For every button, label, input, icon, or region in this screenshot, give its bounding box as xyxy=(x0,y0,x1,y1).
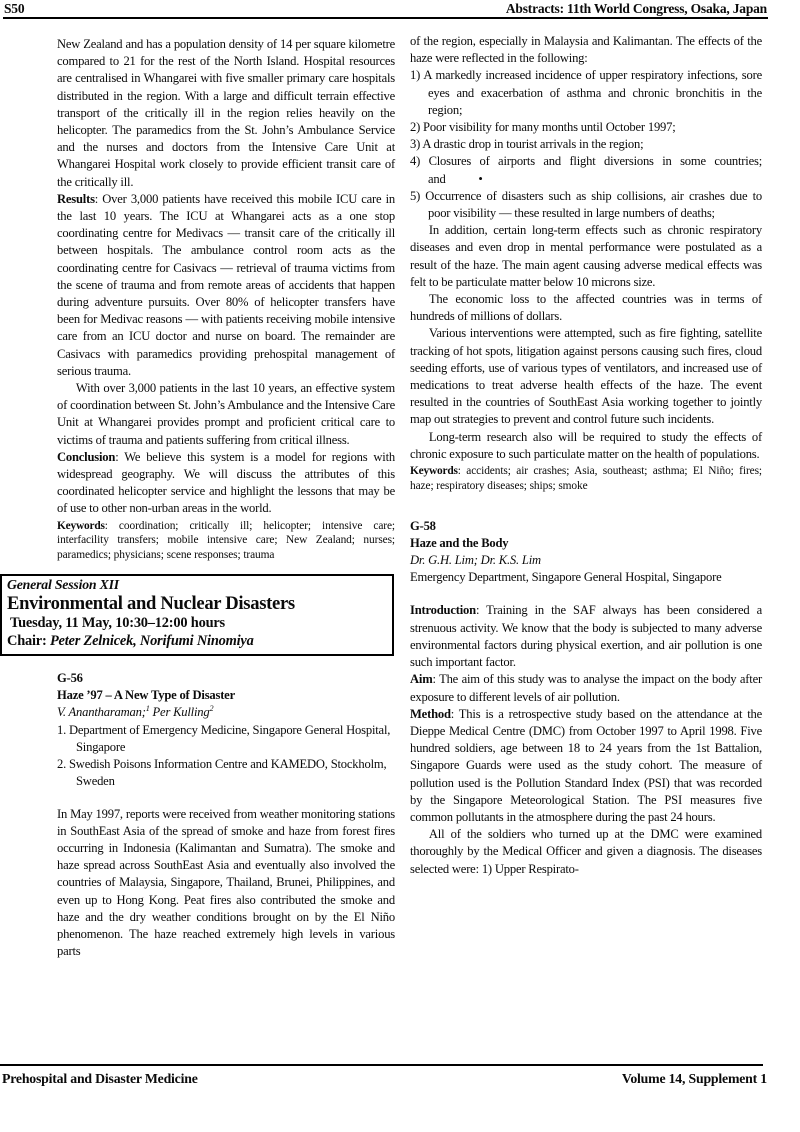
session-chairs: Chair: Peter Zelnicek, Norifumi Ninomiya xyxy=(7,632,387,650)
introduction-label: Introduction xyxy=(410,603,476,617)
abstract-id: G-56 xyxy=(57,670,395,687)
haze-effect-item-2: 2) Poor visibility for many months until… xyxy=(410,119,762,136)
affiliation-2: 2. Swedish Poisons Information Centre an… xyxy=(57,756,395,790)
g58-body: Introduction: Training in the SAF always… xyxy=(410,602,762,877)
g55-summary-paragraph: With over 3,000 patients in the last 10 … xyxy=(57,380,395,449)
author-superscript-2: 2 xyxy=(209,704,213,713)
g55-results-paragraph: Results: Over 3,000 patients have receiv… xyxy=(57,191,395,380)
session-time: Tuesday, 11 May, 10:30–12:00 hours xyxy=(7,614,387,632)
aim-label: Aim xyxy=(410,672,433,686)
page-number: S50 xyxy=(4,1,24,16)
abstract-g58-heading: G-58 Haze and the Body Dr. G.H. Lim; Dr.… xyxy=(410,518,762,587)
print-artifact-dot: • xyxy=(478,172,482,186)
g55-keywords: Keywords: coordination; critically ill; … xyxy=(57,519,395,563)
haze-effect-item-5: 5) Occurrence of disasters such as ship … xyxy=(410,188,762,222)
g56-keywords: Keywords: accidents; air crashes; Asia, … xyxy=(410,464,762,494)
g56-research-paragraph: Long-term research also will be required… xyxy=(410,429,762,463)
method-label: Method xyxy=(410,707,451,721)
session-title: Environmental and Nuclear Disasters xyxy=(7,593,387,614)
abstract-g56-heading: G-56 Haze ’97 – A New Type of Disaster V… xyxy=(57,670,395,790)
conclusion-label: Conclusion xyxy=(57,450,115,464)
volume-info: Volume 14, Supplement 1 xyxy=(622,1071,767,1087)
g56-continuation-paragraph: of the region, especially in Malaysia an… xyxy=(410,33,762,67)
header-rule xyxy=(3,17,768,19)
g56-interventions-paragraph: Various interventions were attempted, su… xyxy=(410,325,762,428)
g58-aim-paragraph: Aim: The aim of this study was to analys… xyxy=(410,671,762,705)
affiliation-1: 1. Department of Emergency Medicine, Sin… xyxy=(57,722,395,756)
keywords-label: Keywords xyxy=(410,465,458,477)
g58-soldiers-paragraph: All of the soldiers who turned up at the… xyxy=(410,826,762,878)
chair-label: Chair: xyxy=(7,633,50,649)
g55-paragraph-continuation: New Zealand and has a population density… xyxy=(57,36,395,191)
haze-effect-item-3: 3) A drastic drop in tourist arrivals in… xyxy=(410,136,762,153)
abstract-title: Haze ’97 – A New Type of Disaster xyxy=(57,687,395,704)
abstract-title: Haze and the Body xyxy=(410,535,762,552)
g56-longterm-paragraph: In addition, certain long-term effects s… xyxy=(410,222,762,291)
running-foot: Prehospital and Disaster Medicine Volume… xyxy=(2,1071,767,1087)
right-column: of the region, especially in Malaysia an… xyxy=(410,33,762,878)
abstract-id: G-58 xyxy=(410,518,762,535)
abstract-authors: Dr. G.H. Lim; Dr. K.S. Lim xyxy=(410,552,762,569)
journal-name: Prehospital and Disaster Medicine xyxy=(2,1071,198,1087)
g56-body-paragraph: In May 1997, reports were received from … xyxy=(57,806,395,961)
results-label: Results xyxy=(57,192,95,206)
abstract-affiliation: Emergency Department, Singapore General … xyxy=(410,569,762,586)
session-number: General Session XII xyxy=(7,576,387,593)
chair-names: Peter Zelnicek, Norifumi Ninomiya xyxy=(50,633,254,649)
running-head: S50 Abstracts: 11th World Congress, Osak… xyxy=(4,1,767,16)
journal-page: S50 Abstracts: 11th World Congress, Osak… xyxy=(0,0,800,1132)
g55-conclusion-paragraph: Conclusion: We believe this system is a … xyxy=(57,449,395,518)
keywords-label: Keywords xyxy=(57,520,105,532)
g58-introduction-paragraph: Introduction: Training in the SAF always… xyxy=(410,602,762,671)
abstract-authors: V. Anantharaman;1 Per Kulling2 xyxy=(57,704,395,721)
g56-economic-paragraph: The economic loss to the affected countr… xyxy=(410,291,762,325)
haze-effect-item-1: 1) A markedly increased incidence of upp… xyxy=(410,67,762,119)
running-head-title: Abstracts: 11th World Congress, Osaka, J… xyxy=(506,1,767,16)
haze-effect-item-4: 4) Closures of airports and flight diver… xyxy=(410,153,762,187)
left-column: New Zealand and has a population density… xyxy=(57,36,395,960)
g58-method-paragraph: Method: This is a retrospective study ba… xyxy=(410,706,762,826)
session-header-box: General Session XII Environmental and Nu… xyxy=(0,574,394,656)
footer-rule xyxy=(0,1064,763,1066)
